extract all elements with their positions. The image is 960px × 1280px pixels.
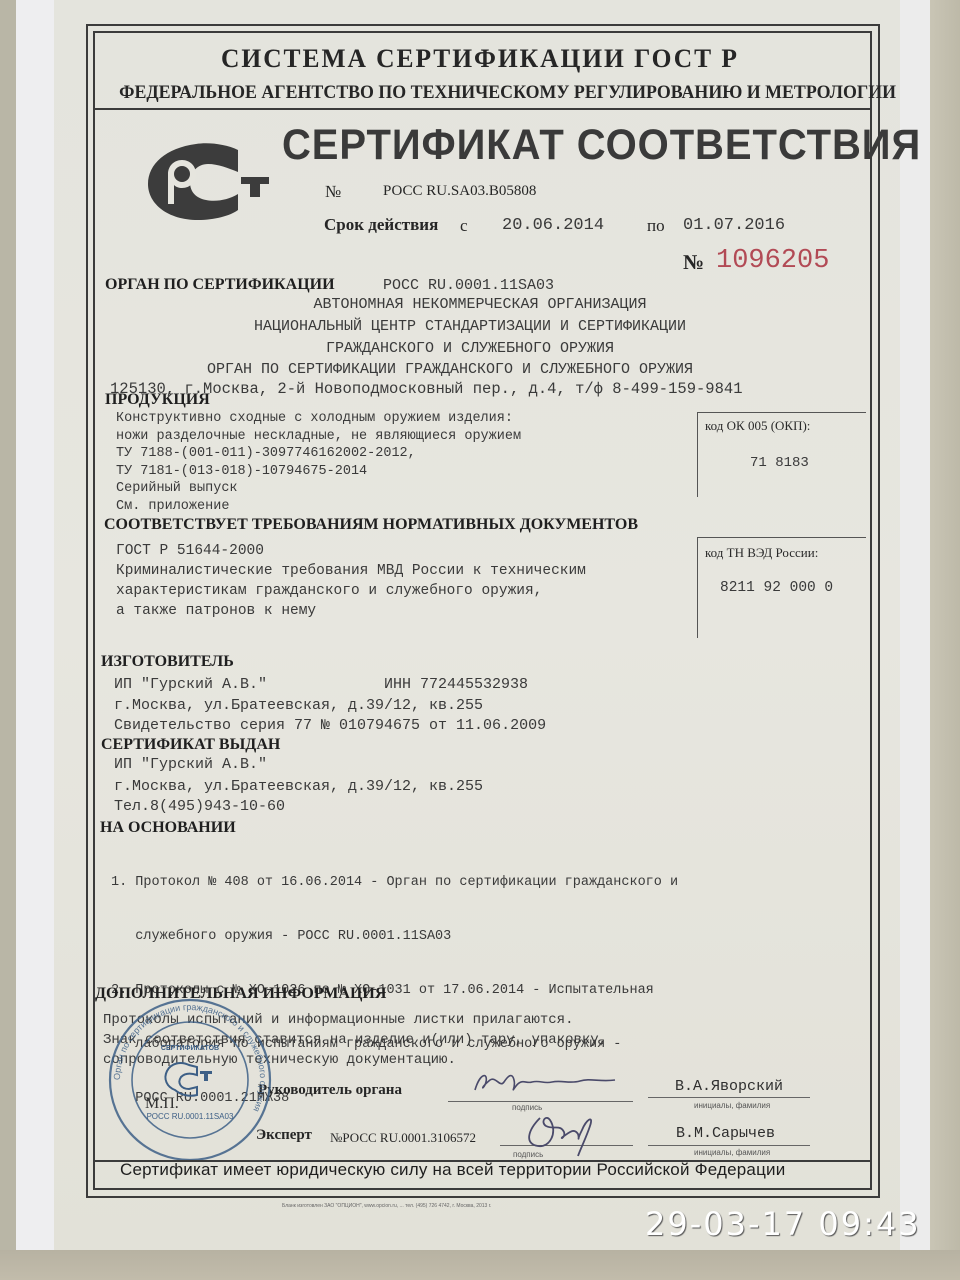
document-title: СЕРТИФИКАТ СООТВЕТСТВИЯ	[282, 121, 921, 170]
blank-number-label: №	[683, 250, 704, 275]
background-surface	[930, 0, 960, 1280]
product-description: Конструктивно сходные с холодным оружием…	[116, 410, 521, 515]
validity-label: Срок действия	[324, 215, 438, 235]
legal-validity-note: Сертификат имеет юридическую силу на все…	[120, 1160, 785, 1180]
valid-to-date: 01.07.2016	[683, 216, 785, 235]
expert-signature-caption: подпись	[513, 1150, 543, 1159]
printer-note: Бланк изготовлен ЗАО "ОПЦИОН", www.opcio…	[282, 1203, 491, 1209]
head-of-body-label: Руководитель органа	[258, 1082, 402, 1099]
certification-body-code: РОСС RU.0001.11SA03	[383, 277, 554, 294]
rst-mark-icon	[146, 142, 276, 222]
product-label: ПРОДУКЦИЯ	[105, 391, 210, 409]
expert-name: В.М.Сарычев	[676, 1125, 775, 1142]
tnved-code-label: код ТН ВЭД России:	[705, 545, 818, 561]
valid-to-label: по	[647, 216, 665, 236]
header-divider	[93, 108, 870, 110]
system-title: СИСТЕМА СЕРТИФИКАЦИИ ГОСТ Р	[10, 44, 951, 74]
certification-body-line: АВТОНОМНАЯ НЕКОММЕРЧЕСКАЯ ОРГАНИЗАЦИЯ	[0, 296, 960, 313]
manufacturer-inn: ИНН 772445532938	[384, 676, 528, 693]
basis-line: 1. Протокол № 408 от 16.06.2014 - Орган …	[111, 874, 678, 892]
product-line: См. приложение	[116, 498, 521, 516]
valid-from-label: с	[460, 216, 468, 236]
head-name-line	[648, 1097, 810, 1098]
okp-code-label: код ОК 005 (ОКП):	[705, 418, 810, 434]
manufacturer-registration: Свидетельство серия 77 № 010794675 от 11…	[114, 717, 546, 734]
valid-from-date: 20.06.2014	[502, 216, 604, 235]
certification-body-line: НАЦИОНАЛЬНЫЙ ЦЕНТР СТАНДАРТИЗАЦИИ И СЕРТ…	[0, 318, 940, 335]
product-line: Серийный выпуск	[116, 480, 521, 498]
product-line: ТУ 7181-(013-018)-10794675-2014	[116, 463, 521, 481]
conformity-label: СООТВЕТСТВУЕТ ТРЕБОВАНИЯМ НОРМАТИВНЫХ ДО…	[104, 516, 638, 534]
issued-to-address: г.Москва, ул.Братеевская, д.39/12, кв.25…	[114, 778, 483, 795]
background-surface-bottom	[0, 1250, 960, 1280]
product-line: ТУ 7188-(001-011)-3097746162002-2012,	[116, 445, 521, 463]
manufacturer-address: г.Москва, ул.Братеевская, д.39/12, кв.25…	[114, 697, 483, 714]
certification-body-line: ГРАЖДАНСКОГО И СЛУЖЕБНОГО ОРУЖИЯ	[0, 340, 940, 357]
conformity-line: характеристикам гражданского и служебног…	[116, 581, 586, 601]
manufacturer-label: ИЗГОТОВИТЕЛЬ	[101, 653, 234, 671]
manufacturer-name: ИП "Гурский А.В."	[114, 676, 267, 693]
certificate-number-label: №	[325, 182, 341, 202]
conformity-line: Криминалистические требования МВД России…	[116, 561, 586, 581]
issued-to-label: СЕРТИФИКАТ ВЫДАН	[101, 736, 280, 754]
conformity-documents: ГОСТ Р 51644-2000 Криминалистические тре…	[116, 541, 586, 621]
blank-serial-number: 1096205	[716, 246, 829, 276]
basis-label: НА ОСНОВАНИИ	[100, 819, 236, 837]
expert-registration: №РОСС RU.0001.3106572	[330, 1130, 476, 1146]
basis-line: служебного оружия - РОСС RU.0001.11SA03	[111, 928, 678, 946]
issued-to-name: ИП "Гурский А.В."	[114, 756, 267, 773]
issued-to-phone: Тел.8(495)943-10-60	[114, 798, 285, 815]
tnved-code-value: 8211 92 000 0	[720, 580, 833, 596]
product-line: ножи разделочные нескладные, не являющие…	[116, 428, 521, 446]
conformity-line: а также патронов к нему	[116, 601, 586, 621]
stamp-center-text: СЕРТИФИКАТОВ	[161, 1045, 219, 1052]
certification-body-label: ОРГАН ПО СЕРТИФИКАЦИИ	[105, 276, 335, 294]
paper-right-margin	[900, 0, 930, 1250]
head-signature-icon	[470, 1068, 620, 1098]
official-seal-stamp: Орган по сертификации гражданского и слу…	[105, 995, 275, 1165]
certification-body-line: ОРГАН ПО СЕРТИФИКАЦИИ ГРАЖДАНСКОГО И СЛУ…	[0, 361, 900, 378]
certificate-number: РОСС RU.SA03.B05808	[383, 183, 536, 200]
stamp-bottom-text: РОСС RU.0001.11SA03	[147, 1112, 234, 1121]
paper-left-margin	[16, 0, 54, 1250]
head-name-caption: инициалы, фамилия	[694, 1101, 770, 1110]
photo-timestamp: 29-03-17 09:43	[645, 1205, 921, 1243]
okp-code-value: 71 8183	[750, 455, 809, 471]
expert-name-line	[648, 1145, 810, 1146]
conformity-line: ГОСТ Р 51644-2000	[116, 541, 586, 561]
product-line: Конструктивно сходные с холодным оружием…	[116, 410, 521, 428]
expert-name-caption: инициалы, фамилия	[694, 1148, 770, 1157]
agency-name: ФЕДЕРАЛЬНОЕ АГЕНТСТВО ПО ТЕХНИЧЕСКОМУ РЕ…	[119, 82, 843, 104]
head-signature-line	[448, 1101, 633, 1102]
head-of-body-name: В.А.Яворский	[675, 1078, 783, 1095]
